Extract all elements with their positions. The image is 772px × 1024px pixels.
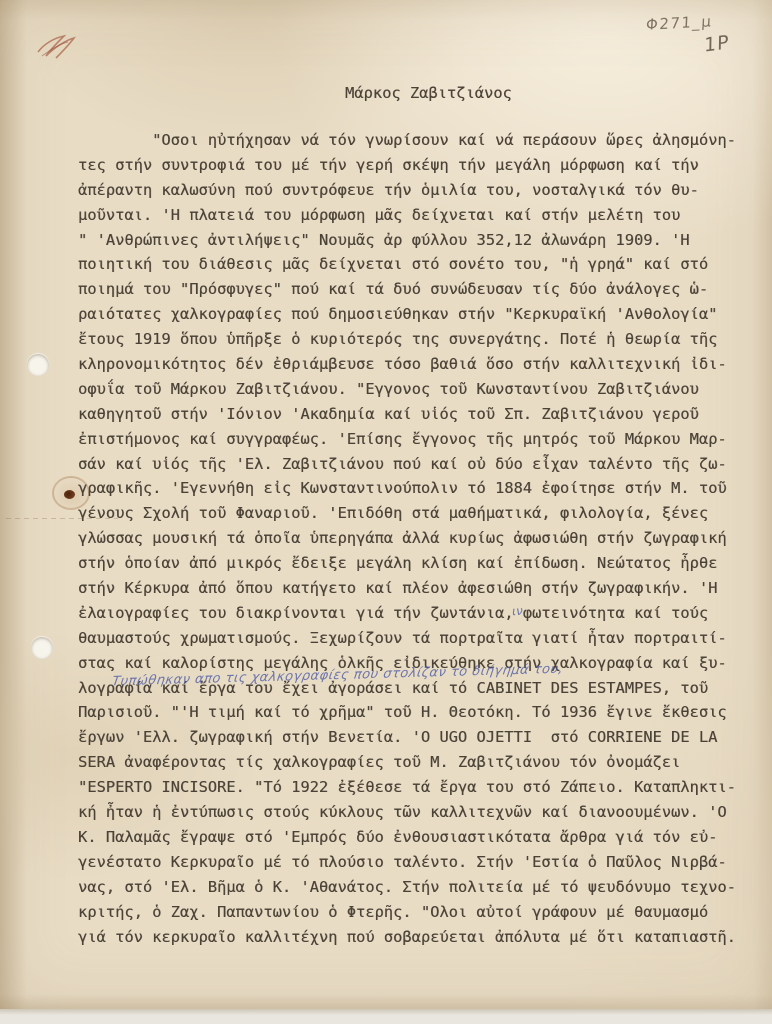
typewritten-line: " 'Ανθρώπινες ἀντιλήψεις" Νουμᾶς ἀρ φύλλ… <box>78 228 738 253</box>
typewritten-line: ἐλαιογραφίες του διακρίνονται γιά τήν ζω… <box>78 601 738 626</box>
typewritten-line: γιά τόν κερκυραῖο καλλιτέχνη πού σοβαρεύ… <box>78 925 738 950</box>
ink-stain-dot <box>64 490 75 499</box>
typewritten-line: γενέστατο Κερκυραῖο μέ τό πλούσιο ταλέντ… <box>78 850 738 875</box>
typewritten-line: σάν καί υἱός τῆς 'Ελ. Ζαβιτζιάνου πού κα… <box>78 452 738 477</box>
typewritten-line: Κ. Παλαμᾶς ἔγραψε στό 'Εμπρός δύο ἐνθουσ… <box>78 825 738 850</box>
typewritten-line: γραφικῆς. 'Εγεννήθη εἰς Κωνσταντινούπολι… <box>78 476 738 501</box>
typewritten-line: μοῦνται. 'Η πλατειά του μόρφωση μᾶς δείχ… <box>78 203 738 228</box>
typewritten-line: στήν Κέρκυρα ἀπό ὅπου κατήγετο καί πλέον… <box>78 576 738 601</box>
typewritten-line: γλώσσας μουσική τά ὁποῖα ὑπερηγάπα ἀλλά … <box>78 526 738 551</box>
typewritten-text: "Οσοι ηὐτήχησαν νά τόν γνωρίσουν καί νά … <box>78 128 738 949</box>
typewritten-line: "Οσοι ηὐτήχησαν νά τόν γνωρίσουν καί νά … <box>78 128 738 153</box>
typewritten-line: τες στήν συντροφιά του μέ τήν γερή σκέψη… <box>78 153 738 178</box>
typewritten-line: ἔργων 'Ελλ. ζωγραφική στήν Βενετία. 'Ο U… <box>78 725 738 750</box>
paper-bottom-edge <box>0 1009 772 1024</box>
typewritten-line: Παρισιοῦ. "'Η τιμή καί τό χρῆμα" τοῦ Η. … <box>78 700 738 725</box>
typewritten-line: ἀπέραντη καλωσύνη πού συντρόφευε τήν ὁμι… <box>78 178 738 203</box>
typewritten-line: ἐπιστήμονος καί συγγραφέως. 'Επίσης ἔγγο… <box>78 427 738 452</box>
typewritten-line: κληρονομικότητος δέν ἐθριάμβευσε τόσο βα… <box>78 352 738 377</box>
punch-hole-top <box>27 354 49 376</box>
typewritten-line: ἔτους 1919 ὅπου ὑπῆρξε ὁ κυριότερός της … <box>78 327 738 352</box>
typewritten-line: οφυΐα τοῦ Μάρκου Ζαβιτζιάνου. "Εγγονος τ… <box>78 377 738 402</box>
typewritten-line: κριτής, ὁ Ζαχ. Παπαντωνίου ὁ Φτερῆς. "Ολ… <box>78 900 738 925</box>
typewritten-line: στήν ὁποίαν ἀπό μικρός ἔδειξε μεγάλη κλί… <box>78 551 738 576</box>
typewritten-line: ραιότατες χαλκογραφίες πού δημοσιεύθηκαν… <box>78 302 738 327</box>
typewritten-line: ποιητική του διάθεσις μᾶς δείχνεται στό … <box>78 252 738 277</box>
scanned-page: Φ271_μ 1Ρ Μάρκος Ζαβιτζιάνος "Οσοι ηὐτήχ… <box>0 0 772 1024</box>
paper-sheet: Φ271_μ 1Ρ Μάρκος Ζαβιτζιάνος "Οσοι ηὐτήχ… <box>0 0 772 1009</box>
pencil-page-number: 1Ρ <box>704 31 730 56</box>
document-title: Μάρκος Ζαβιτζιάνος <box>345 84 512 102</box>
typewritten-line: γένους Σχολή τοῦ Φαναριοῦ. 'Επιδόθη στά … <box>78 501 738 526</box>
typewritten-line: κή ἦταν ἡ ἐντύπωσις στούς κύκλους τῶν κα… <box>78 800 738 825</box>
typewritten-line: "ESPERTO INCISORE. "Τό 1922 ἐξέθεσε τά ἔ… <box>78 775 738 800</box>
typewritten-line: SERA ἀναφέροντας τίς χαλκογραφίες τοῦ Μ.… <box>78 750 738 775</box>
typewritten-line: ποιημά του "Πρόσφυγες" πού καί τά δυό συ… <box>78 277 738 302</box>
punch-hole-bottom <box>31 637 53 659</box>
pencil-archive-code: Φ271_μ <box>646 12 713 34</box>
red-scribble-mark <box>34 30 86 64</box>
typewritten-line: νας, στό 'Ελ. Βῆμα ὁ Κ. 'Αθανάτος. Στήν … <box>78 875 738 900</box>
typewritten-line: θαυμαστούς χρωματισμούς. Ξεχωρίζουν τά π… <box>78 626 738 651</box>
handwritten-blue-mark: ιν <box>512 604 524 619</box>
typewritten-line: καθηγητοῦ στήν 'Ιόνιον 'Ακαδημία καί υἱό… <box>78 402 738 427</box>
